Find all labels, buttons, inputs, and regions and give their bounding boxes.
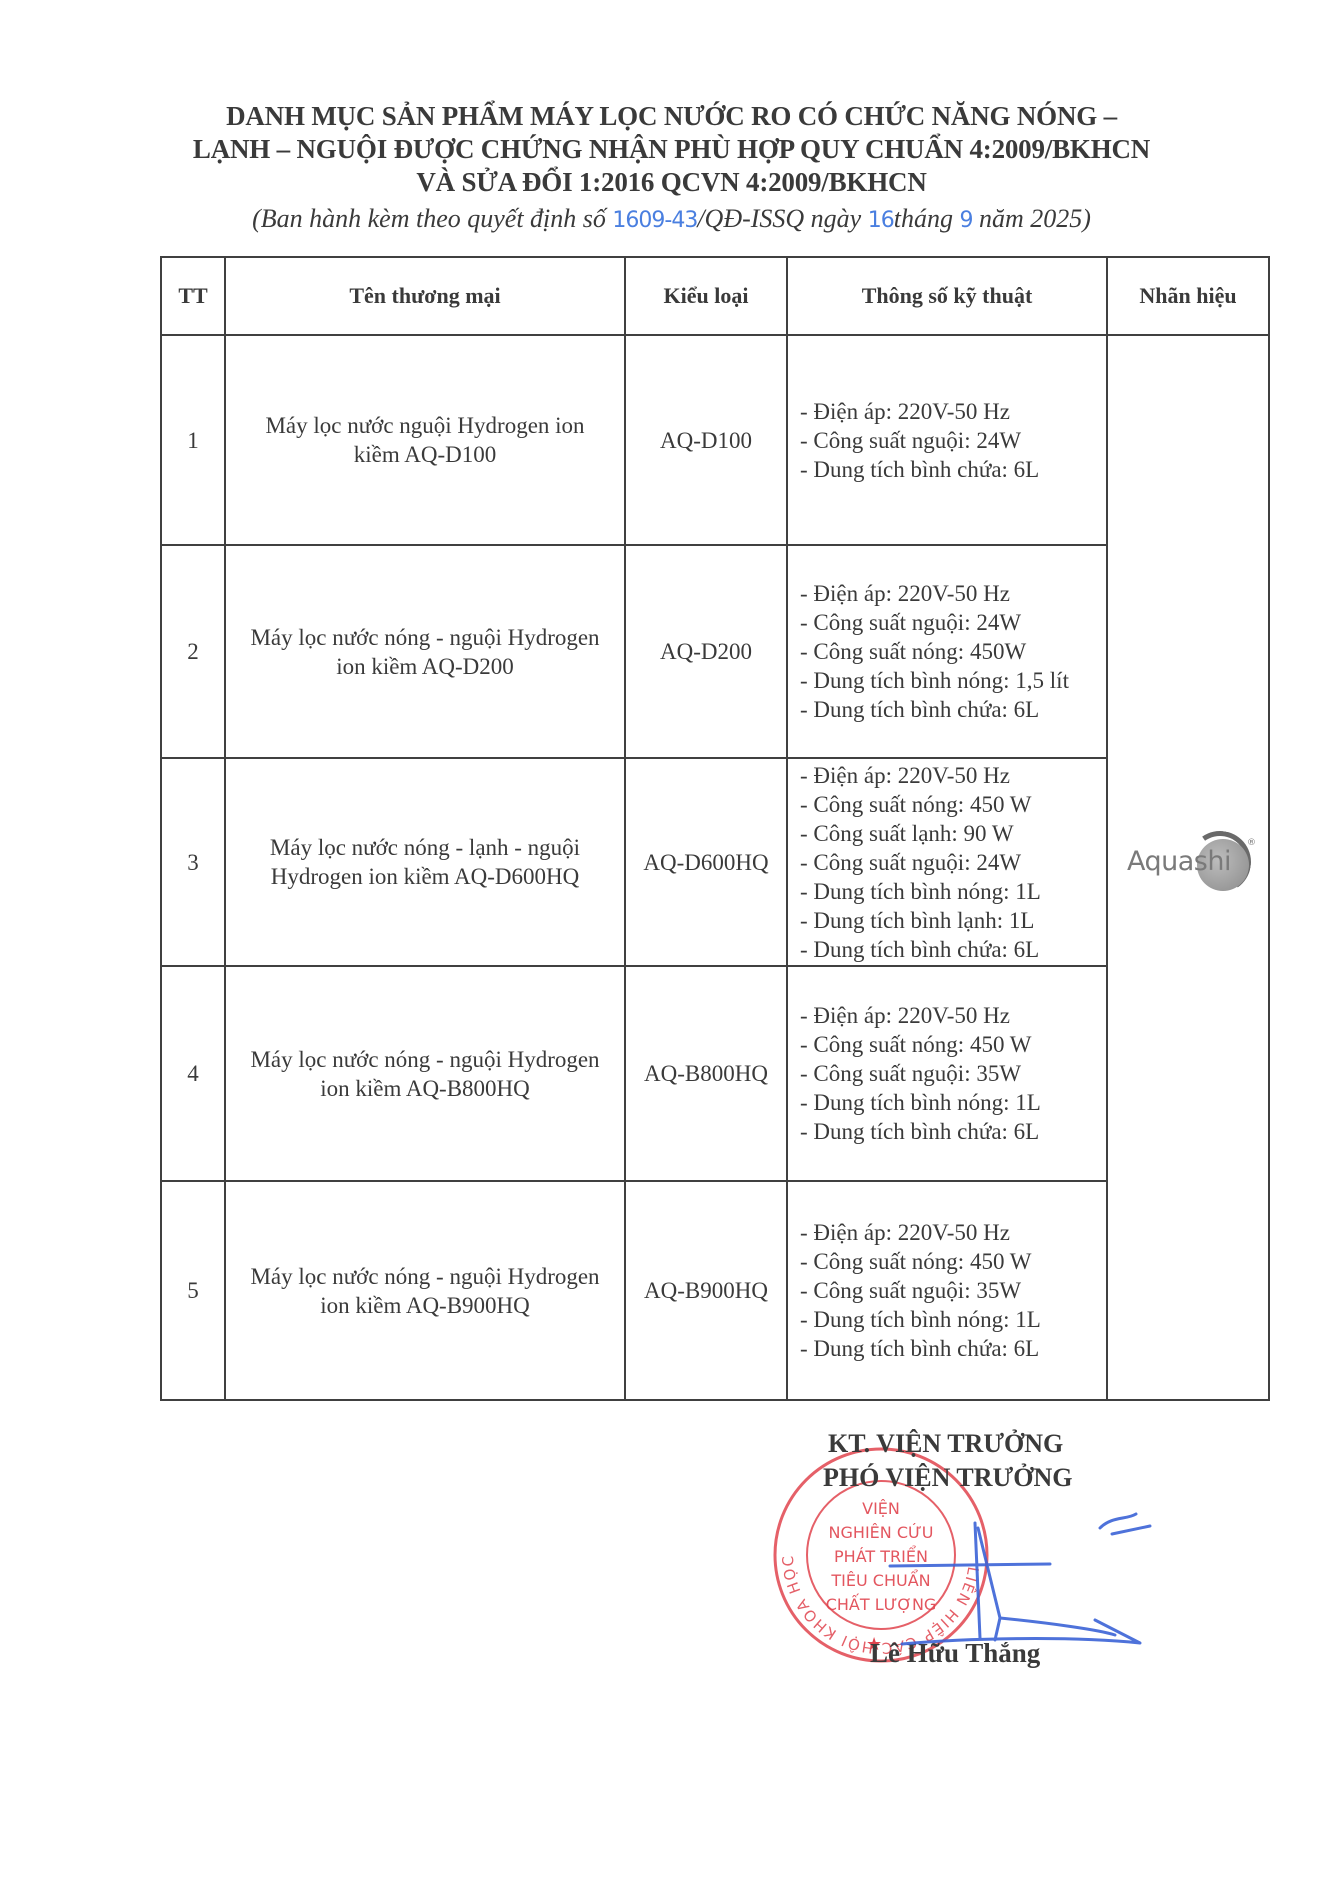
spec-item: - Dung tích bình nóng: 1L bbox=[800, 1305, 1106, 1334]
model-cell: AQ-B900HQ bbox=[625, 1181, 787, 1400]
table-row: 1 Máy lọc nước nguội Hydrogen ion kiềm A… bbox=[161, 335, 1269, 545]
trade-name-cell: Máy lọc nước nóng - nguội Hydrogen ion k… bbox=[225, 1181, 625, 1400]
table-row: 5 Máy lọc nước nóng - nguội Hydrogen ion… bbox=[161, 1181, 1269, 1400]
spec-list: - Điện áp: 220V-50 Hz- Công suất nóng: 4… bbox=[788, 761, 1106, 964]
registered-mark-icon: ® bbox=[1247, 829, 1256, 858]
spec-item: - Công suất nguội: 35W bbox=[800, 1059, 1106, 1088]
spec-item: - Công suất nóng: 450W bbox=[800, 637, 1106, 666]
spec-item: - Điện áp: 220V-50 Hz bbox=[800, 761, 1106, 790]
row-number: 3 bbox=[161, 758, 225, 966]
row-number: 2 bbox=[161, 545, 225, 758]
spec-item: - Dung tích bình nóng: 1,5 lít bbox=[800, 666, 1106, 695]
trade-name-cell: Máy lọc nước nguội Hydrogen ion kiềm AQ-… bbox=[225, 335, 625, 545]
spec-item: - Công suất nóng: 450 W bbox=[800, 790, 1106, 819]
spec-item: - Điện áp: 220V-50 Hz bbox=[800, 397, 1106, 426]
trade-name: Máy lọc nước nóng - nguội Hydrogen ion k… bbox=[226, 1045, 624, 1103]
spec-list: - Điện áp: 220V-50 Hz- Công suất nguội: … bbox=[788, 579, 1106, 724]
table-body: 1 Máy lọc nước nguội Hydrogen ion kiềm A… bbox=[161, 335, 1269, 1400]
aquashi-logo-icon: Aquashi ® bbox=[1123, 829, 1253, 899]
spec-item: - Công suất lạnh: 90 W bbox=[800, 819, 1106, 848]
row-number: 1 bbox=[161, 335, 225, 545]
handwritten-day: 16 bbox=[868, 208, 894, 233]
spec-item: - Dung tích bình nóng: 1L bbox=[800, 877, 1106, 906]
trade-name: Máy lọc nước nguội Hydrogen ion kiềm AQ-… bbox=[226, 411, 624, 469]
handwritten-decision-number: 1609-43 bbox=[612, 208, 697, 233]
spec-item: - Điện áp: 220V-50 Hz bbox=[800, 1001, 1106, 1030]
model-cell: AQ-D100 bbox=[625, 335, 787, 545]
trade-name-cell: Máy lọc nước nóng - nguội Hydrogen ion k… bbox=[225, 545, 625, 758]
spec-item: - Điện áp: 220V-50 Hz bbox=[800, 1218, 1106, 1247]
subtitle-suffix: năm 2025) bbox=[972, 204, 1090, 233]
spec-item: - Dung tích bình chứa: 6L bbox=[800, 695, 1106, 724]
spec-cell: - Điện áp: 220V-50 Hz- Công suất nóng: 4… bbox=[787, 966, 1107, 1181]
spec-cell: - Điện áp: 220V-50 Hz- Công suất nóng: 4… bbox=[787, 1181, 1107, 1400]
spec-list: - Điện áp: 220V-50 Hz- Công suất nóng: 4… bbox=[788, 1218, 1106, 1363]
spec-item: - Dung tích bình chứa: 6L bbox=[800, 935, 1106, 964]
title-line-2: LẠNH – NGUỘI ĐƯỢC CHỨNG NHẬN PHÙ HỢP QUY… bbox=[0, 133, 1343, 166]
document-header: DANH MỤC SẢN PHẨM MÁY LỌC NƯỚC RO CÓ CHỨ… bbox=[0, 100, 1343, 239]
spec-item: - Dung tích bình lạnh: 1L bbox=[800, 906, 1106, 935]
title-line-3: VÀ SỬA ĐỔI 1:2016 QCVN 4:2009/BKHCN bbox=[0, 166, 1343, 199]
model-cell: AQ-D600HQ bbox=[625, 758, 787, 966]
table-row: 2 Máy lọc nước nóng - nguội Hydrogen ion… bbox=[161, 545, 1269, 758]
subtitle-middle: /QĐ-ISSQ ngày bbox=[697, 204, 867, 233]
trade-name-cell: Máy lọc nước nóng - lạnh - nguội Hydroge… bbox=[225, 758, 625, 966]
model-cell: AQ-B800HQ bbox=[625, 966, 787, 1181]
product-certification-table: TT Tên thương mại Kiểu loại Thông số kỹ … bbox=[160, 256, 1270, 1401]
spec-item: - Công suất nguội: 24W bbox=[800, 848, 1106, 877]
row-number: 4 bbox=[161, 966, 225, 1181]
signature-title-1: KT. VIỆN TRƯỞNG bbox=[828, 1428, 1063, 1460]
row-number: 5 bbox=[161, 1181, 225, 1400]
decision-reference: (Ban hành kèm theo quyết định số 1609-43… bbox=[0, 201, 1343, 239]
spec-item: - Dung tích bình chứa: 6L bbox=[800, 1117, 1106, 1146]
handwritten-month: 9 bbox=[959, 208, 972, 233]
trade-name-cell: Máy lọc nước nóng - nguội Hydrogen ion k… bbox=[225, 966, 625, 1181]
spec-cell: - Điện áp: 220V-50 Hz- Công suất nguội: … bbox=[787, 545, 1107, 758]
trade-name: Máy lọc nước nóng - lạnh - nguội Hydroge… bbox=[226, 833, 624, 891]
spec-item: - Công suất nóng: 450 W bbox=[800, 1030, 1106, 1059]
brand-cell: Aquashi ® bbox=[1107, 335, 1269, 1400]
table-row: 4 Máy lọc nước nóng - nguội Hydrogen ion… bbox=[161, 966, 1269, 1181]
spec-item: - Công suất nguội: 35W bbox=[800, 1276, 1106, 1305]
spec-item: - Công suất nóng: 450 W bbox=[800, 1247, 1106, 1276]
spec-item: - Dung tích bình chứa: 6L bbox=[800, 1334, 1106, 1363]
brand-logo-text: Aquashi bbox=[1127, 847, 1231, 876]
spec-item: - Dung tích bình nóng: 1L bbox=[800, 1088, 1106, 1117]
header-tt: TT bbox=[161, 257, 225, 335]
header-brand: Nhãn hiệu bbox=[1107, 257, 1269, 335]
spec-list: - Điện áp: 220V-50 Hz- Công suất nóng: 4… bbox=[788, 1001, 1106, 1146]
header-trade-name: Tên thương mại bbox=[225, 257, 625, 335]
model-cell: AQ-D200 bbox=[625, 545, 787, 758]
trade-name: Máy lọc nước nóng - nguội Hydrogen ion k… bbox=[226, 1262, 624, 1320]
spec-item: - Điện áp: 220V-50 Hz bbox=[800, 579, 1106, 608]
subtitle-month-label: tháng bbox=[894, 204, 960, 233]
spec-cell: - Điện áp: 220V-50 Hz- Công suất nóng: 4… bbox=[787, 758, 1107, 966]
handwritten-signature-icon bbox=[850, 1468, 1180, 1648]
spec-item: - Công suất nguội: 24W bbox=[800, 426, 1106, 455]
spec-list: - Điện áp: 220V-50 Hz- Công suất nguội: … bbox=[788, 397, 1106, 484]
table-header-row: TT Tên thương mại Kiểu loại Thông số kỹ … bbox=[161, 257, 1269, 335]
table-row: 3 Máy lọc nước nóng - lạnh - nguội Hydro… bbox=[161, 758, 1269, 966]
trade-name: Máy lọc nước nóng - nguội Hydrogen ion k… bbox=[226, 623, 624, 681]
header-specifications: Thông số kỹ thuật bbox=[787, 257, 1107, 335]
spec-item: - Dung tích bình chứa: 6L bbox=[800, 455, 1106, 484]
subtitle-prefix: (Ban hành kèm theo quyết định số bbox=[252, 204, 612, 233]
spec-item: - Công suất nguội: 24W bbox=[800, 608, 1106, 637]
spec-cell: - Điện áp: 220V-50 Hz- Công suất nguội: … bbox=[787, 335, 1107, 545]
title-line-1: DANH MỤC SẢN PHẨM MÁY LỌC NƯỚC RO CÓ CHỨ… bbox=[0, 100, 1343, 133]
header-model: Kiểu loại bbox=[625, 257, 787, 335]
